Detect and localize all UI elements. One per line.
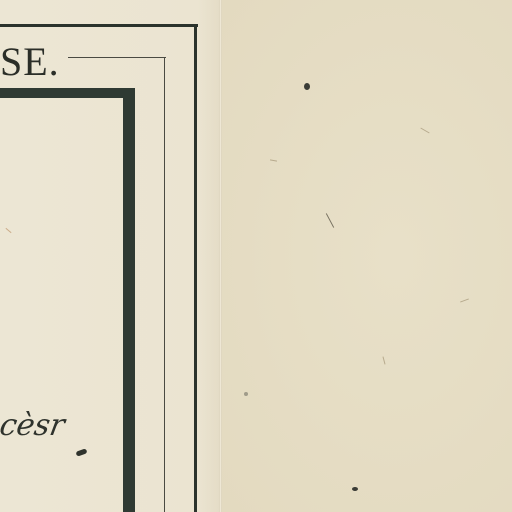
inner-frame-top-line <box>68 57 166 58</box>
map-border-top <box>0 88 135 98</box>
outer-frame-top-line <box>0 24 198 27</box>
map-title-fragment: SE. <box>0 40 60 84</box>
inner-frame-right-line <box>164 57 165 512</box>
page-fold <box>219 0 222 512</box>
ink-speck <box>352 487 358 491</box>
map-border-right <box>123 88 135 512</box>
handwritten-label-fragment: cèsr <box>0 408 67 443</box>
ink-speck <box>244 392 248 396</box>
ink-speck <box>304 83 310 90</box>
right-page-paper <box>221 0 512 512</box>
outer-frame-right-line <box>194 24 197 512</box>
